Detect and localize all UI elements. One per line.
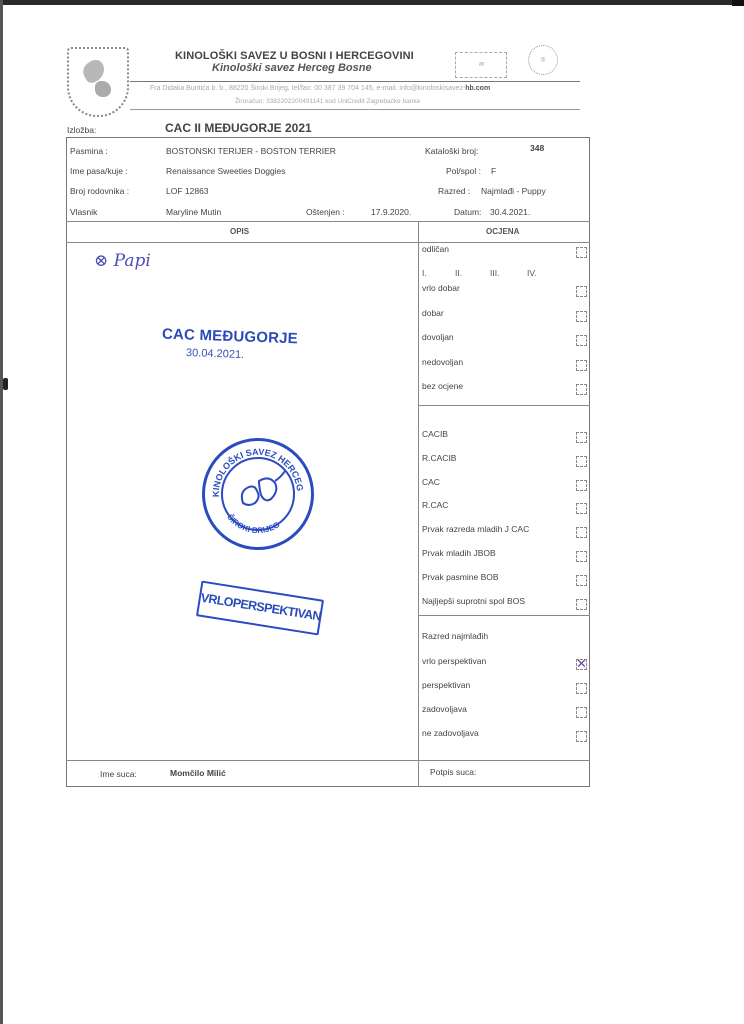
catalog-number: 348 [530, 143, 544, 153]
puppy-option-checkbox[interactable] [576, 683, 587, 694]
title-option-checkbox[interactable] [576, 575, 587, 586]
owner-label: Vlasnik [70, 207, 97, 217]
judge-name: Momčilo Milić [170, 768, 226, 778]
dog-name-value: Renaissance Sweeties Doggies [166, 166, 286, 176]
title-option-checkbox[interactable] [576, 527, 587, 538]
grade-heading: OCJENA [486, 227, 519, 236]
org-subname: Kinološki savez Herceg Bosne [212, 62, 372, 74]
title-option-checkbox[interactable] [576, 551, 587, 562]
puppy-option-checkbox[interactable] [576, 707, 587, 718]
born-label: Oštenjen : [306, 207, 345, 217]
sex-label: Pol/spol : [446, 166, 481, 176]
scan-edge-left [0, 0, 3, 1024]
handwritten-note: ⊗ Papi [94, 251, 151, 271]
grade-option-label: dovoljan [422, 332, 454, 342]
signature-label: Potpis suca: [430, 767, 476, 777]
divider [418, 615, 590, 616]
divider [66, 760, 590, 761]
pedigree-value: LOF 12863 [166, 186, 209, 196]
puppy-option-checkbox[interactable] [576, 731, 587, 742]
header-divider [130, 109, 580, 110]
title-option-checkbox[interactable] [576, 599, 587, 610]
placement-4[interactable]: IV. [527, 268, 537, 278]
puppy-option-label: vrlo perspektivan [422, 656, 486, 666]
grade-option-checkbox[interactable] [576, 360, 587, 371]
title-option-checkbox[interactable] [576, 503, 587, 514]
column-divider [418, 221, 419, 787]
fci-logo-icon: ✉ [455, 52, 507, 78]
grade-option-label: bez ocjene [422, 381, 463, 391]
title-option-label: Prvak razreda mladih J CAC [422, 524, 529, 534]
judge-label: Ime suca: [100, 769, 137, 779]
title-option-checkbox[interactable] [576, 480, 587, 491]
date-value: 30.4.2021. [490, 207, 530, 217]
pedigree-label: Broj rodovnika : [70, 186, 129, 196]
title-option-checkbox[interactable] [576, 432, 587, 443]
club-seal-stamp: KINOLOŠKI SAVEZ HERCEG BOSNE ŠIROKI BRIJ… [202, 438, 314, 550]
born-value: 17.9.2020. [371, 207, 411, 217]
puppy-option-label: ne zadovoljava [422, 728, 479, 738]
puppy-option-label: zadovoljava [422, 704, 467, 714]
placement-1[interactable]: I. [422, 268, 427, 278]
club-logo-icon [67, 47, 129, 117]
scan-mark [732, 0, 744, 6]
grade-option-checkbox[interactable] [576, 384, 587, 395]
org-name: KINOLOŠKI SAVEZ U BOSNI I HERCEGOVINI [175, 50, 414, 62]
round-seal-icon: ◎ [528, 45, 558, 75]
title-option-label: R.CAC [422, 500, 448, 510]
title-option-checkbox[interactable] [576, 456, 587, 467]
title-option-label: Najljepši suprotni spol BOS [422, 596, 525, 606]
divider [66, 242, 590, 243]
puppy-class-heading: Razred najmlađih [422, 631, 488, 641]
scan-edge-top [0, 0, 744, 5]
class-label: Razred : [438, 186, 470, 196]
grade-option-checkbox[interactable] [576, 286, 587, 297]
signature-field[interactable] [520, 764, 580, 780]
dog-name-label: Ime pasa/kuje : [70, 166, 128, 176]
grade-option-label: vrlo dobar [422, 283, 460, 293]
title-option-label: CAC [422, 477, 440, 487]
grade-option-checkbox[interactable] [576, 311, 587, 322]
divider [66, 221, 590, 222]
owner-value: Maryline Mutin [166, 207, 221, 217]
grade-excellent-label: odličan [422, 244, 449, 254]
puppy-option-checkbox[interactable] [576, 659, 587, 670]
header-divider [130, 81, 580, 82]
grade-excellent-checkbox[interactable] [576, 247, 587, 258]
date-label: Datum: [454, 207, 481, 217]
show-stamp-date: 30.04.2021. [186, 347, 245, 361]
catalog-label: Kataloški broj: [425, 146, 478, 156]
puppy-option-label: perspektivan [422, 680, 470, 690]
show-title: CAC II MEĐUGORJE 2021 [165, 121, 312, 135]
scan-punch-mark [3, 378, 8, 390]
org-bank-account: Žiroračun: 3382202200491141 kod UniCredi… [235, 98, 420, 105]
title-option-label: R.CACIB [422, 453, 456, 463]
class-value: Najmlađi - Puppy [481, 186, 546, 196]
divider [418, 405, 590, 406]
title-option-label: Prvak mladih JBOB [422, 548, 496, 558]
placement-2[interactable]: II. [455, 268, 462, 278]
show-label: Izložba: [67, 125, 96, 135]
breed-label: Pasmina : [70, 146, 108, 156]
breed-value: BOSTONSKI TERIJER - BOSTON TERRIER [166, 146, 336, 156]
grade-option-label: dobar [422, 308, 444, 318]
dog-heads-icon: KINOLOŠKI SAVEZ HERCEG BOSNE ŠIROKI BRIJ… [205, 441, 311, 547]
org-address: Fra Didaka Buntića b. b., 88220 Široki B… [150, 85, 490, 92]
grade-option-checkbox[interactable] [576, 335, 587, 346]
grade-option-label: nedovoljan [422, 357, 463, 367]
title-option-label: CACIB [422, 429, 448, 439]
sex-value: F [491, 166, 496, 176]
description-heading: OPIS [230, 227, 249, 236]
title-option-label: Prvak pasmine BOB [422, 572, 499, 582]
placement-3[interactable]: III. [490, 268, 499, 278]
svg-text:ŠIROKI BRIJEG: ŠIROKI BRIJEG [225, 513, 281, 536]
